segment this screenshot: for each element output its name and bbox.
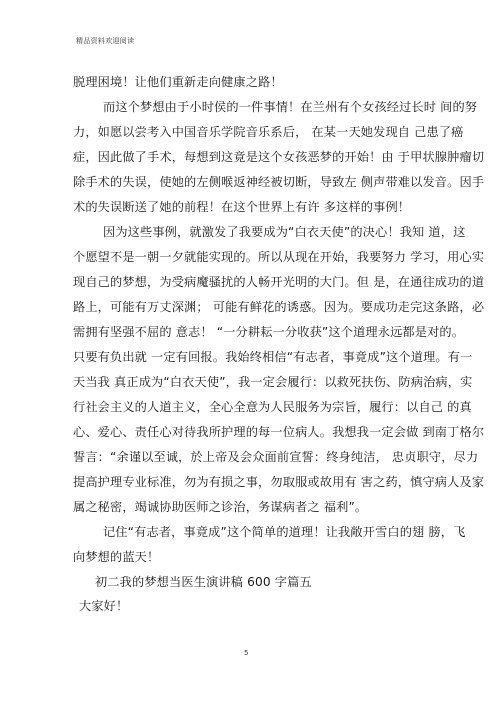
- body-line: 路上，可能有万丈深渊； 可能有鲜花的诱惑。因为。要成功走完这条路，必: [73, 299, 425, 315]
- section-heading: 初二我的梦想当医生演讲稿 600 字篇五: [73, 574, 447, 590]
- body-line: 个愿望不是一朝一夕就能实现的。所以从现在开始，我要努力 学习，用心实: [73, 249, 425, 265]
- body-line: 现自己的梦想，为受病魔骚扰的人畅开光明的大门。但 是，在通往成功的道: [73, 274, 425, 290]
- body-line: 天当我 真正成为“白衣天使”，我一定会履行：以救死扶伤、防病治病，实: [73, 374, 425, 390]
- body-line: 而这个梦想由于小时侯的一件事情！在兰州有个女孩经过长时 间的努: [73, 99, 455, 115]
- body-line: 属之秘密，竭诚协助医师之诊治，务谋病者之 福利”。: [73, 499, 425, 515]
- body-line: 向梦想的蓝天！: [73, 549, 425, 565]
- page-header: 精品资料欢迎阅读: [76, 36, 134, 46]
- body-line: 只要有负出就 一定有回报。我始终相信“有志者，事竟成”这个道理。有一: [73, 349, 425, 365]
- body-line: 术的失误断送了她的前程！在这个世界上有许 多这样的事例！: [73, 199, 425, 215]
- body-line: 记住“有志者，事竟成”这个简单的道理！让我敞开雪白的翅 膀，飞: [73, 524, 455, 540]
- body-line: 需拥有坚强不屈的 意志！ “一分耕耘一分收获”这个道理永远都是对的。: [73, 324, 425, 340]
- body-line: 提高护理专业标准，勿为有损之事，勿取服或故用有 害之药，慎守病人及家: [73, 474, 425, 490]
- body-line: 心、爱心、责任心对待我所护理的每一位病人。我想我一定会做 到南丁格尔: [73, 424, 425, 440]
- body-line: 力，如愿以尝考入中国音乐学院音乐系后， 在某一天她发现自 己患了癌: [73, 124, 425, 140]
- body-line: 症，因此做了手术，每想到这竟是这个女孩恶梦的开始！由 于甲状腺肿瘤切: [73, 149, 425, 165]
- body-line: 除手术的失误，使她的左侧喉返神经被切断，导致左 侧声带难以发音。因手: [73, 174, 425, 190]
- body-line: 因为这些事例，就激发了我要成为“白衣天使”的决心！我知 道，这: [73, 224, 455, 240]
- body-line: 行社会主义的人道主义，全心全意为人民服务为宗旨，履行：以自己 的真: [73, 399, 425, 415]
- greeting-line: 大家好！: [73, 598, 431, 614]
- body-line: 脱理困境！让他们重新走向健康之路！: [73, 74, 425, 90]
- page-number: 5: [244, 649, 248, 657]
- body-line: 誓言：“余谨以至诚，於上帝及会众面前宣誓：终身纯洁， 忠贞职守，尽力: [73, 449, 425, 465]
